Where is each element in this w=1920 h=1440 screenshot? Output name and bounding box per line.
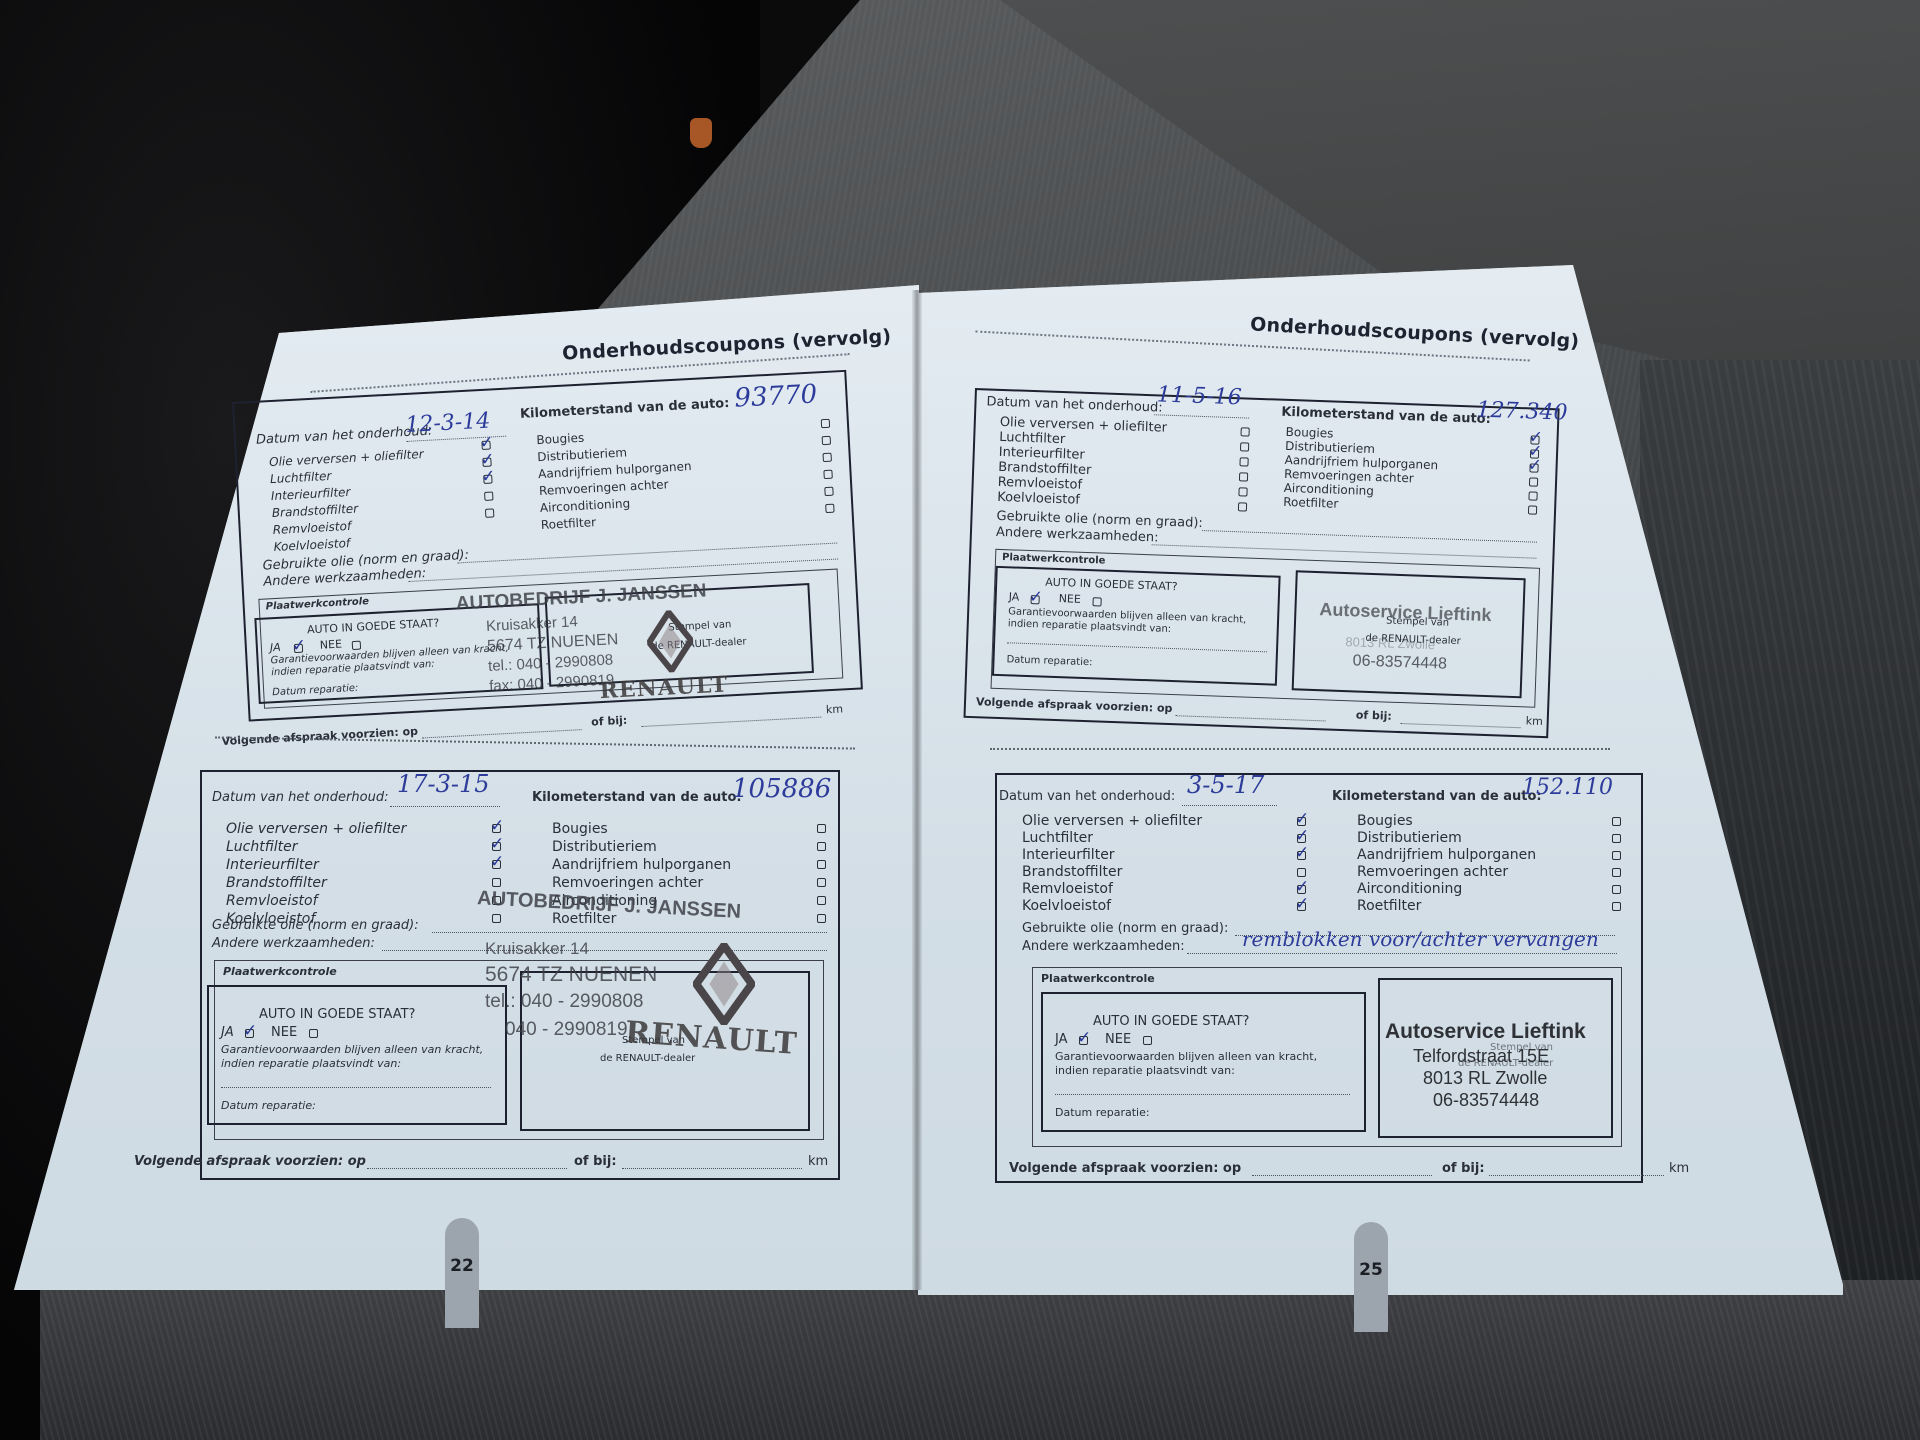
km-label: Kilometerstand van de auto:: [532, 790, 742, 805]
maintenance-date: 11-5-16: [1156, 382, 1242, 410]
date-label: Datum van het onderhoud:: [212, 790, 388, 805]
checkbox-bougies[interactable]: [1612, 817, 1621, 826]
condition-box: AUTO IN GOEDE STAAT? JA NEE Garantievoor…: [207, 985, 507, 1125]
oil-label: Gebruikte olie (norm en graad):: [1022, 921, 1228, 936]
date-label: Datum van het onderhoud:: [986, 394, 1163, 415]
odometer-reading: 105886: [732, 774, 831, 804]
checkbox-nee[interactable]: [1143, 1036, 1152, 1045]
checkbox-olie[interactable]: [492, 824, 501, 833]
checkbox-remvloeistof[interactable]: [1297, 885, 1306, 894]
left-items: Olie verversen + oliefilter Luchtfilter …: [269, 446, 429, 556]
plaatwerk-section: Plaatwerkcontrole AUTO IN GOEDE STAAT? J…: [1032, 967, 1622, 1147]
checkbox-remvoeringen[interactable]: [1529, 477, 1538, 486]
ja-label: JA: [270, 641, 281, 655]
km-label: Kilometerstand van de auto:: [1281, 405, 1491, 427]
right-items: Bougies Distributieriem Aandrijfriem hul…: [536, 424, 695, 534]
checkbox-luchtfilter[interactable]: [492, 842, 501, 851]
checkbox-distributieriem[interactable]: [822, 436, 831, 445]
nee-label: NEE: [1105, 1032, 1131, 1047]
checkbox-bougies[interactable]: [817, 824, 826, 833]
plaatwerk-section: Plaatwerkcontrole AUTO IN GOEDE STAAT? J…: [991, 549, 1541, 708]
section-divider: [990, 748, 1610, 750]
of-bij-label: of bij:: [1442, 1161, 1485, 1176]
booklet-spine: [912, 290, 922, 1290]
checkbox-interieurfilter[interactable]: [483, 474, 492, 483]
km-label: Kilometerstand van de auto:: [1332, 789, 1542, 804]
oil-label: Gebruikte olie (norm en graad):: [212, 918, 419, 933]
datum-reparatie-label: Datum reparatie:: [1055, 1106, 1150, 1119]
auto-question: AUTO IN GOEDE STAAT?: [259, 1007, 415, 1022]
stamp-city: 8013 RL Zwolle: [1345, 634, 1435, 652]
checkbox-ja[interactable]: [1030, 595, 1039, 604]
date-label: Datum van het onderhoud:: [999, 789, 1175, 804]
nee-label: NEE: [1058, 592, 1081, 606]
odometer-reading: 152.110: [1522, 775, 1613, 800]
datum-reparatie-label: Datum reparatie:: [272, 683, 359, 698]
next-appointment-label: Volgende afspraak voorzien: op: [134, 1154, 366, 1169]
page-number: 25: [1354, 1260, 1388, 1280]
checkbox-airconditioning[interactable]: [817, 896, 826, 905]
checkbox-airconditioning[interactable]: [824, 487, 833, 496]
checkbox-interieurfilter[interactable]: [1239, 457, 1248, 466]
km-unit: km: [808, 1154, 828, 1169]
coupon-2017: Datum van het onderhoud: 3-5-17 Kilomete…: [995, 773, 1643, 1183]
of-bij-label: of bij:: [574, 1154, 617, 1169]
km-unit: km: [1525, 714, 1543, 728]
checkbox-ja[interactable]: [1079, 1036, 1088, 1045]
of-bij-label: of bij:: [591, 714, 628, 729]
checkbox-koelvloeistof[interactable]: [1238, 502, 1247, 511]
checkbox-interieurfilter[interactable]: [1297, 851, 1306, 860]
checkbox-luchtfilter[interactable]: [1240, 442, 1249, 451]
auto-question: AUTO IN GOEDE STAAT?: [307, 616, 440, 636]
condition-box: AUTO IN GOEDE STAAT? JA NEE Garantievoor…: [992, 566, 1281, 686]
left-items: Olie verversen + oliefilter Luchtfilter …: [226, 820, 406, 928]
renault-logo-icon: [693, 943, 755, 1025]
page-number: 22: [445, 1256, 479, 1276]
renault-logo-icon: [646, 609, 695, 673]
stamp-tel: tel.: 040 - 2990808: [485, 991, 643, 1013]
checkbox-olie[interactable]: [1297, 817, 1306, 826]
plaatwerk-section: Plaatwerkcontrole AUTO IN GOEDE STAAT? J…: [214, 960, 824, 1140]
checkbox-roetfilter[interactable]: [825, 504, 834, 513]
coupon-2014: Datum van het onderhoud: 12-3-14 Kilomet…: [232, 370, 863, 722]
checkbox-aandrijfriem[interactable]: [1529, 463, 1538, 472]
checkbox-bougies[interactable]: [821, 419, 830, 428]
auto-question: AUTO IN GOEDE STAAT?: [1045, 576, 1178, 594]
next-appointment-label: Volgende afspraak voorzien: op: [976, 695, 1173, 715]
checkbox-roetfilter[interactable]: [1612, 902, 1621, 911]
maintenance-booklet: Onderhoudscoupons (vervolg) Onderhoudsco…: [0, 0, 1920, 1440]
other-work-value: remblokken voor/achter vervangen: [1242, 927, 1599, 951]
checkbox-airconditioning[interactable]: [1528, 491, 1537, 500]
checkbox-ja[interactable]: [245, 1029, 254, 1038]
checkbox-brandstoffilter[interactable]: [484, 491, 493, 500]
checkbox-remvoeringen[interactable]: [1612, 868, 1621, 877]
checkbox-ja[interactable]: [294, 644, 303, 653]
checkbox-roetfilter[interactable]: [1528, 505, 1537, 514]
next-appointment-label: Volgende afspraak voorzien: op: [1009, 1161, 1241, 1176]
checkbox-airconditioning[interactable]: [1612, 885, 1621, 894]
checkbox-aandrijfriem[interactable]: [817, 860, 826, 869]
checkbox-interieurfilter[interactable]: [492, 860, 501, 869]
plaatwerk-label: Plaatwerkcontrole: [265, 596, 369, 612]
datum-reparatie-label: Datum reparatie:: [1006, 654, 1092, 668]
page-number-tab: 25: [1354, 1222, 1388, 1332]
ja-label: JA: [1055, 1032, 1068, 1047]
checkbox-roetfilter[interactable]: [817, 914, 826, 923]
maintenance-date: 17-3-15: [397, 770, 490, 798]
checkbox-nee[interactable]: [1092, 597, 1101, 606]
maintenance-date: 12-3-14: [405, 409, 491, 438]
stamp-phone: 06-83574448: [1433, 1090, 1539, 1111]
stamp-dealer-name: Autoservice Lieftink: [1385, 1020, 1586, 1044]
nee-label: NEE: [271, 1025, 297, 1040]
checkbox-brandstoffilter[interactable]: [492, 878, 501, 887]
coupon-2016: Datum van het onderhoud: 11-5-16 Kilomet…: [963, 388, 1559, 738]
left-items: Olie verversen + oliefilter Luchtfilter …: [1022, 813, 1202, 915]
ja-label: JA: [1009, 590, 1020, 603]
km-unit: km: [1669, 1161, 1689, 1176]
page-number-tab: 22: [445, 1218, 479, 1328]
checkbox-distributieriem[interactable]: [1612, 834, 1621, 843]
checkbox-nee[interactable]: [309, 1029, 318, 1038]
right-items: Bougies Distributieriem Aandrijfriem hul…: [1357, 813, 1536, 915]
km-label: Kilometerstand van de auto:: [520, 396, 730, 422]
coupon-2015: Datum van het onderhoud: 17-3-15 Kilomet…: [200, 770, 840, 1180]
stamp-fax: 040 - 2990819: [505, 1019, 628, 1041]
checkbox-remvloeistof[interactable]: [1238, 487, 1247, 496]
km-unit: km: [826, 702, 844, 716]
left-items: Olie verversen + oliefilter Luchtfilter …: [997, 415, 1167, 511]
condition-box: AUTO IN GOEDE STAAT? JA NEE Garantievoor…: [1041, 992, 1366, 1132]
plaatwerk-label: Plaatwerkcontrole: [1041, 972, 1155, 985]
odometer-reading: 93770: [734, 379, 818, 413]
of-bij-label: of bij:: [1356, 708, 1392, 722]
checkbox-nee[interactable]: [352, 641, 361, 650]
nee-label: NEE: [320, 638, 343, 652]
dealer-stamp-box: Stempel van de RENAULT-dealer: [1292, 570, 1526, 698]
stamp-city: 5674 TZ NUENEN: [485, 963, 657, 987]
other-work-label: Andere werkzaamheden:: [212, 936, 375, 951]
checkbox-olie[interactable]: [1240, 427, 1249, 436]
stamp-street: Telfordstraat 15E: [1413, 1046, 1549, 1067]
plaatwerk-section: Plaatwerkcontrole AUTO IN GOEDE STAAT? J…: [258, 569, 843, 709]
checkbox-remvoeringen[interactable]: [817, 878, 826, 887]
checkbox-brandstoffilter[interactable]: [1239, 472, 1248, 481]
other-work-label: Andere werkzaamheden:: [1022, 939, 1185, 954]
plaatwerk-label: Plaatwerkcontrole: [223, 965, 337, 978]
checkbox-luchtfilter[interactable]: [1297, 834, 1306, 843]
plaatwerk-label: Plaatwerkcontrole: [1002, 552, 1106, 567]
checkbox-koelvloeistof[interactable]: [492, 914, 501, 923]
datum-reparatie-label: Datum reparatie:: [221, 1099, 316, 1112]
auto-question: AUTO IN GOEDE STAAT?: [1093, 1014, 1249, 1029]
checkbox-remvloeistof[interactable]: [485, 508, 494, 517]
checkbox-brandstoffilter[interactable]: [1297, 868, 1306, 877]
checkbox-koelvloeistof[interactable]: [1297, 902, 1306, 911]
maintenance-date: 3-5-17: [1187, 771, 1264, 799]
stamp-city: 8013 RL Zwolle: [1423, 1068, 1547, 1089]
checkbox-distributieriem[interactable]: [817, 842, 826, 851]
right-items: Bougies Distributieriem Aandrijfriem hul…: [1283, 425, 1439, 514]
stamp-phone: 06-83574448: [1352, 652, 1447, 673]
checkbox-aandrijfriem[interactable]: [1612, 851, 1621, 860]
ja-label: JA: [221, 1025, 234, 1040]
stamp-street: Kruisakker 14: [485, 939, 589, 959]
odometer-reading: 127.340: [1476, 398, 1568, 426]
checkbox-remvoeringen[interactable]: [823, 470, 832, 479]
checkbox-aandrijfriem[interactable]: [822, 453, 831, 462]
